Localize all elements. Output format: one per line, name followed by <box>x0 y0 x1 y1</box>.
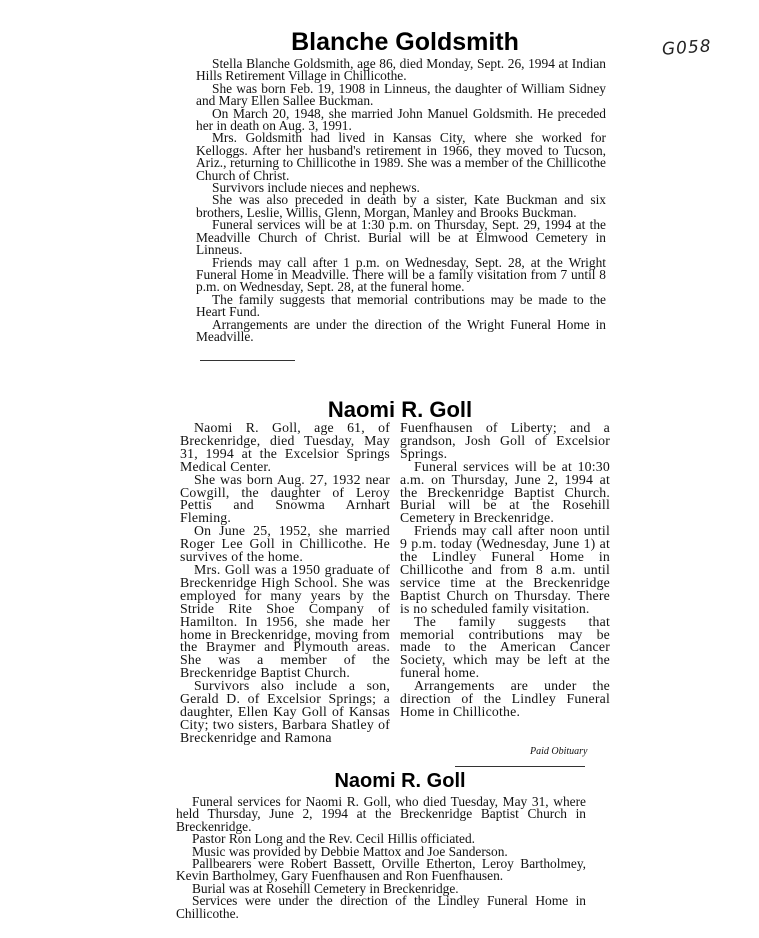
paragraph: Friends may call after 1 p.m. on Wednesd… <box>196 257 606 294</box>
divider <box>455 766 585 767</box>
paragraph: Fuenfhausen of Liberty; and a grandson, … <box>400 422 610 461</box>
paragraph: Funeral services will be at 10:30 a.m. o… <box>400 461 610 526</box>
obituary-2-left-column: Naomi R. Goll, age 61, of Breckenridge, … <box>180 422 390 745</box>
obituary-1-body: Stella Blanche Goldsmith, age 86, died M… <box>196 58 606 343</box>
paid-obituary-label: Paid Obituary <box>530 746 588 757</box>
obituary-2-right-column: Fuenfhausen of Liberty; and a grandson, … <box>400 422 610 719</box>
divider <box>200 360 295 361</box>
paragraph: She was born Feb. 19, 1908 in Linneus, t… <box>196 83 606 108</box>
obituary-3-headline: Naomi R. Goll <box>300 770 500 793</box>
paragraph: Funeral services will be at 1:30 p.m. on… <box>196 219 606 256</box>
paragraph: Naomi R. Goll, age 61, of Breckenridge, … <box>180 422 390 474</box>
paragraph: Survivors also include a son, Gerald D. … <box>180 680 390 745</box>
paragraph: On June 25, 1952, she married Roger Lee … <box>180 525 390 564</box>
paragraph: Friends may call after noon until 9 p.m.… <box>400 525 610 615</box>
paragraph: Services were under the direction of the… <box>176 895 586 920</box>
handwritten-code: G058 <box>661 36 712 59</box>
paragraph: Arrangements are under the direction of … <box>400 680 610 719</box>
paragraph: She was also preceded in death by a sist… <box>196 194 606 219</box>
obituary-3-body: Funeral services for Naomi R. Goll, who … <box>176 796 586 920</box>
paragraph: She was born Aug. 27, 1932 near Cowgill,… <box>180 474 390 526</box>
obituary-1-headline: Blanche Goldsmith <box>195 28 615 57</box>
paragraph: Arrangements are under the direction of … <box>196 319 606 344</box>
paragraph: Stella Blanche Goldsmith, age 86, died M… <box>196 58 606 83</box>
paragraph: Mrs. Goldsmith had lived in Kansas City,… <box>196 132 606 182</box>
paragraph: Mrs. Goll was a 1950 graduate of Brecken… <box>180 564 390 680</box>
paragraph: Funeral services for Naomi R. Goll, who … <box>176 796 586 833</box>
paragraph: The family suggests that memorial contri… <box>196 294 606 319</box>
paragraph: The family suggests that memorial contri… <box>400 616 610 681</box>
paragraph: Pallbearers were Robert Bassett, Orville… <box>176 858 586 883</box>
paragraph: On March 20, 1948, she married John Manu… <box>196 108 606 133</box>
